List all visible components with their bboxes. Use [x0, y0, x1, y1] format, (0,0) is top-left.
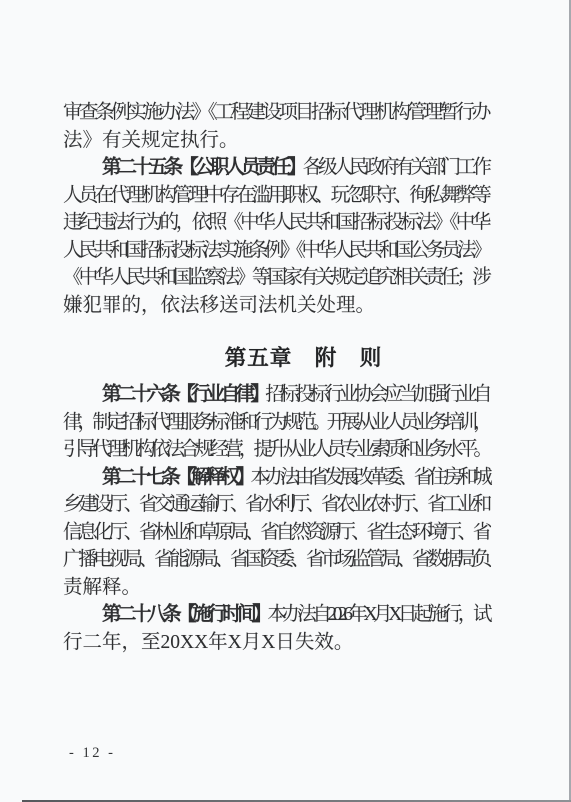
- body-text: 本办法由省发展改革委、省住房和城: [250, 467, 488, 488]
- body-text: 引导代理机构依法合规经营，提升从业人员专业素质和业务水平。: [63, 439, 488, 460]
- body-text: 违纪违法行为的，依照《中华人民共和国招标投标法》《中华: [63, 212, 488, 233]
- text-line: 人员在代理机构管理中存在滥用职权、玩忽职守、徇私舞弊等: [63, 182, 488, 210]
- text-line: 行二年，至20XX年X月X日失效。: [63, 629, 488, 657]
- body-text: 责解释。: [63, 577, 141, 598]
- chapter-heading: 第五章 附 则: [63, 344, 488, 372]
- body-text: 法》有关规定执行。: [63, 130, 239, 151]
- body-text: 人员在代理机构管理中存在滥用职权、玩忽职守、徇私舞弊等: [63, 185, 488, 206]
- page-number: - 12 -: [69, 745, 115, 762]
- article-label: 第二十五条【公职人员责任】: [102, 157, 303, 178]
- article-label: 第二十七条【解释权】: [102, 467, 250, 488]
- body-text: 行二年，至20XX年X月X日失效。: [63, 632, 353, 653]
- text-line: 审查条例实施办法》《工程建设项目招标代理机构管理暂行办: [63, 99, 488, 127]
- text-line: 信息化厅、省林业和草原局、省自然资源厅、省生态环境厅、省: [63, 519, 488, 547]
- body-text: 乡建设厅、省交通运输厅、省水利厅、省农业农村厅、省工业和: [63, 494, 488, 515]
- article-label: 第二十六条【行业自律】: [102, 384, 265, 405]
- body-text: 信息化厅、省林业和草原局、省自然资源厅、省生态环境厅、省: [63, 522, 488, 543]
- text-line: 第二十八条【施行时间】本办法自2026年X月X日起施行，试: [63, 601, 488, 629]
- text-line: 乡建设厅、省交通运输厅、省水利厅、省农业农村厅、省工业和: [63, 491, 488, 519]
- body-text: 律，制定招标代理服务标准和行为规范。开展从业人员业务培训，: [63, 412, 488, 433]
- text-line: 第二十五条【公职人员责任】各级人民政府有关部门工作: [63, 154, 488, 182]
- text-line: 责解释。: [63, 574, 488, 602]
- body-text: 嫌犯罪的，依法移送司法机关处理。: [63, 295, 375, 316]
- text-line: 第二十七条【解释权】本办法由省发展改革委、省住房和城: [63, 464, 488, 492]
- text-line: 违纪违法行为的，依照《中华人民共和国招标投标法》《中华: [63, 209, 488, 237]
- text-line: 法》有关规定执行。: [63, 127, 488, 155]
- text-line: 广播电视局、省能源局、省国资委、省市场监管局、省数据局负: [63, 546, 488, 574]
- body-text: 各级人民政府有关部门工作: [303, 157, 488, 178]
- body-text: 人民共和国招标投标法实施条例》《中华人民共和国公务员法》: [63, 240, 488, 261]
- text-line: 律，制定招标代理服务标准和行为规范。开展从业人员业务培训，: [63, 409, 488, 437]
- body-text: 《中华人民共和国监察法》等国家有关规定追究相关责任；涉: [63, 267, 488, 288]
- body-text: 广播电视局、省能源局、省国资委、省市场监管局、省数据局负: [63, 549, 488, 570]
- text-line: 第二十六条【行业自律】招标投标行业协会应当加强行业自: [63, 381, 488, 409]
- text-line: 人民共和国招标投标法实施条例》《中华人民共和国公务员法》: [63, 237, 488, 265]
- article-label: 第二十八条【施行时间】: [102, 604, 267, 625]
- text-line: 引导代理机构依法合规经营，提升从业人员专业素质和业务水平。: [63, 436, 488, 464]
- document-body: 审查条例实施办法》《工程建设项目招标代理机构管理暂行办法》有关规定执行。第二十五…: [63, 0, 488, 656]
- body-text: 招标投标行业协会应当加强行业自: [265, 384, 488, 405]
- body-text: 审查条例实施办法》《工程建设项目招标代理机构管理暂行办: [63, 102, 488, 123]
- text-line: 《中华人民共和国监察法》等国家有关规定追究相关责任；涉: [63, 264, 488, 292]
- body-text: 本办法自2026年X月X日起施行，试: [267, 604, 488, 625]
- text-line: 嫌犯罪的，依法移送司法机关处理。: [63, 292, 488, 320]
